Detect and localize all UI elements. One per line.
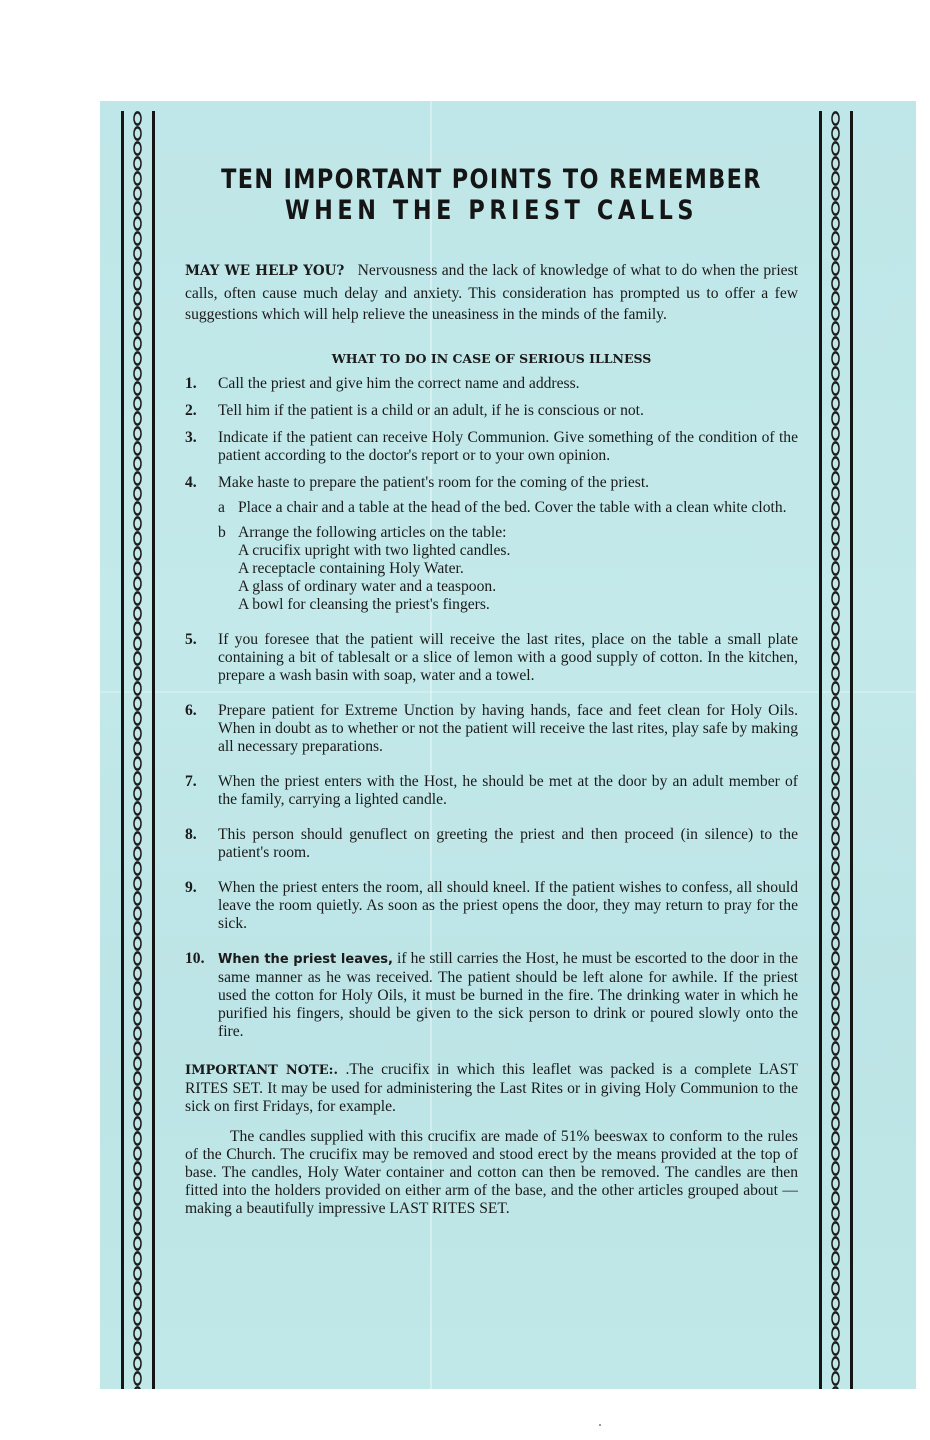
item-body: Prepare patient for Extreme Unction by h…: [218, 702, 798, 755]
important-note: IMPORTANT NOTE:. .The crucifix in which …: [185, 1061, 798, 1116]
title-line-2: WHEN THE PRIEST CALLS: [210, 195, 774, 226]
item-number: 8.: [185, 826, 218, 862]
item-number: 10.: [185, 950, 218, 1041]
item-body: Indicate if the patient can receive Holy…: [218, 429, 798, 464]
list-item: 5.If you foresee that the patient will r…: [185, 631, 798, 685]
list-item: 9.When the priest enters the room, all s…: [185, 879, 798, 933]
list-item: 7.When the priest enters with the Host, …: [185, 773, 798, 809]
item-body: Tell him if the patient is a child or an…: [218, 402, 644, 419]
list-item: 2.Tell him if the patient is a child or …: [185, 402, 798, 420]
item-text: When the priest enters with the Host, he…: [218, 773, 798, 809]
item-body: When the priest enters the room, all sho…: [218, 879, 798, 932]
sub-item: aPlace a chair and a table at the head o…: [218, 499, 798, 517]
item-text: When the priest enters the room, all sho…: [218, 879, 798, 933]
item-text: This person should genuflect on greeting…: [218, 826, 798, 862]
item-body: Call the priest and give him the correct…: [218, 375, 580, 392]
item-text: Make haste to prepare the patient's room…: [218, 474, 798, 614]
sub-item-letter: a: [218, 499, 238, 517]
item-text: Tell him if the patient is a child or an…: [218, 402, 798, 420]
sub-item-letter: b: [218, 524, 238, 614]
item-number: 3.: [185, 429, 218, 465]
title-line-1: TEN IMPORTANT POINTS TO REMEMBER: [210, 164, 774, 195]
item-number: 2.: [185, 402, 218, 420]
list-item: 1.Call the priest and give him the corre…: [185, 375, 798, 393]
page-title: TEN IMPORTANT POINTS TO REMEMBER WHEN TH…: [210, 164, 774, 226]
right-border-inner-line: [819, 111, 822, 1389]
list-item: 4.Make haste to prepare the patient's ro…: [185, 474, 798, 614]
item-text: Prepare patient for Extreme Unction by h…: [218, 702, 798, 756]
sub-item: bArrange the following articles on the t…: [218, 524, 798, 614]
left-border-outer-line: [121, 111, 124, 1389]
item-number: 9.: [185, 879, 218, 933]
right-border-outer-line: [850, 111, 853, 1389]
article-line: A receptacle containing Holy Water.: [238, 560, 798, 578]
intro-lead: MAY WE HELP YOU?: [185, 263, 344, 279]
sub-item-body: Arrange the following articles on the ta…: [238, 524, 798, 542]
candles-paragraph: The candles supplied with this crucifix …: [185, 1128, 798, 1218]
item-body: This person should genuflect on greeting…: [218, 826, 798, 861]
list-item: 8.This person should genuflect on greeti…: [185, 826, 798, 862]
note-lead: IMPORTANT NOTE:.: [185, 1063, 338, 1078]
leaflet-content: TEN IMPORTANT POINTS TO REMEMBER WHEN TH…: [185, 164, 798, 1218]
points-list: 1.Call the priest and give him the corre…: [185, 375, 798, 1041]
leaflet-page: TEN IMPORTANT POINTS TO REMEMBER WHEN TH…: [100, 101, 916, 1389]
right-chain-ornament-icon: [831, 111, 840, 1389]
article-line: A crucifix upright with two lighted cand…: [238, 542, 798, 560]
left-chain-ornament-icon: [133, 111, 142, 1389]
item-text: Call the priest and give him the correct…: [218, 375, 798, 393]
sub-item-text: Place a chair and a table at the head of…: [238, 499, 798, 517]
item-number: 7.: [185, 773, 218, 809]
item-text: When the priest leaves, if he still carr…: [218, 950, 798, 1041]
item-lead: When the priest leaves,: [218, 952, 393, 967]
scan-speck: [599, 1424, 601, 1426]
item-body: Make haste to prepare the patient's room…: [218, 474, 649, 491]
list-item: 10.When the priest leaves, if he still c…: [185, 950, 798, 1041]
item-body: When the priest enters with the Host, he…: [218, 773, 798, 808]
list-item: 3.Indicate if the patient can receive Ho…: [185, 429, 798, 465]
left-border-inner-line: [152, 111, 155, 1389]
sub-item-text: Arrange the following articles on the ta…: [238, 524, 798, 614]
list-item: 6.Prepare patient for Extreme Unction by…: [185, 702, 798, 756]
item-number: 1.: [185, 375, 218, 393]
item-number: 6.: [185, 702, 218, 756]
intro-paragraph: MAY WE HELP YOU? Nervousness and the lac…: [185, 260, 798, 326]
section-heading: WHAT TO DO IN CASE OF SERIOUS ILLNESS: [185, 351, 798, 366]
item-text: Indicate if the patient can receive Holy…: [218, 429, 798, 465]
article-line: A glass of ordinary water and a teaspoon…: [238, 578, 798, 596]
item-number: 5.: [185, 631, 218, 685]
article-line: A bowl for cleansing the priest's finger…: [238, 596, 798, 614]
item-body: If you foresee that the patient will rec…: [218, 631, 798, 684]
item-number: 4.: [185, 474, 218, 614]
item-text: If you foresee that the patient will rec…: [218, 631, 798, 685]
sub-item-body: Place a chair and a table at the head of…: [238, 499, 798, 517]
